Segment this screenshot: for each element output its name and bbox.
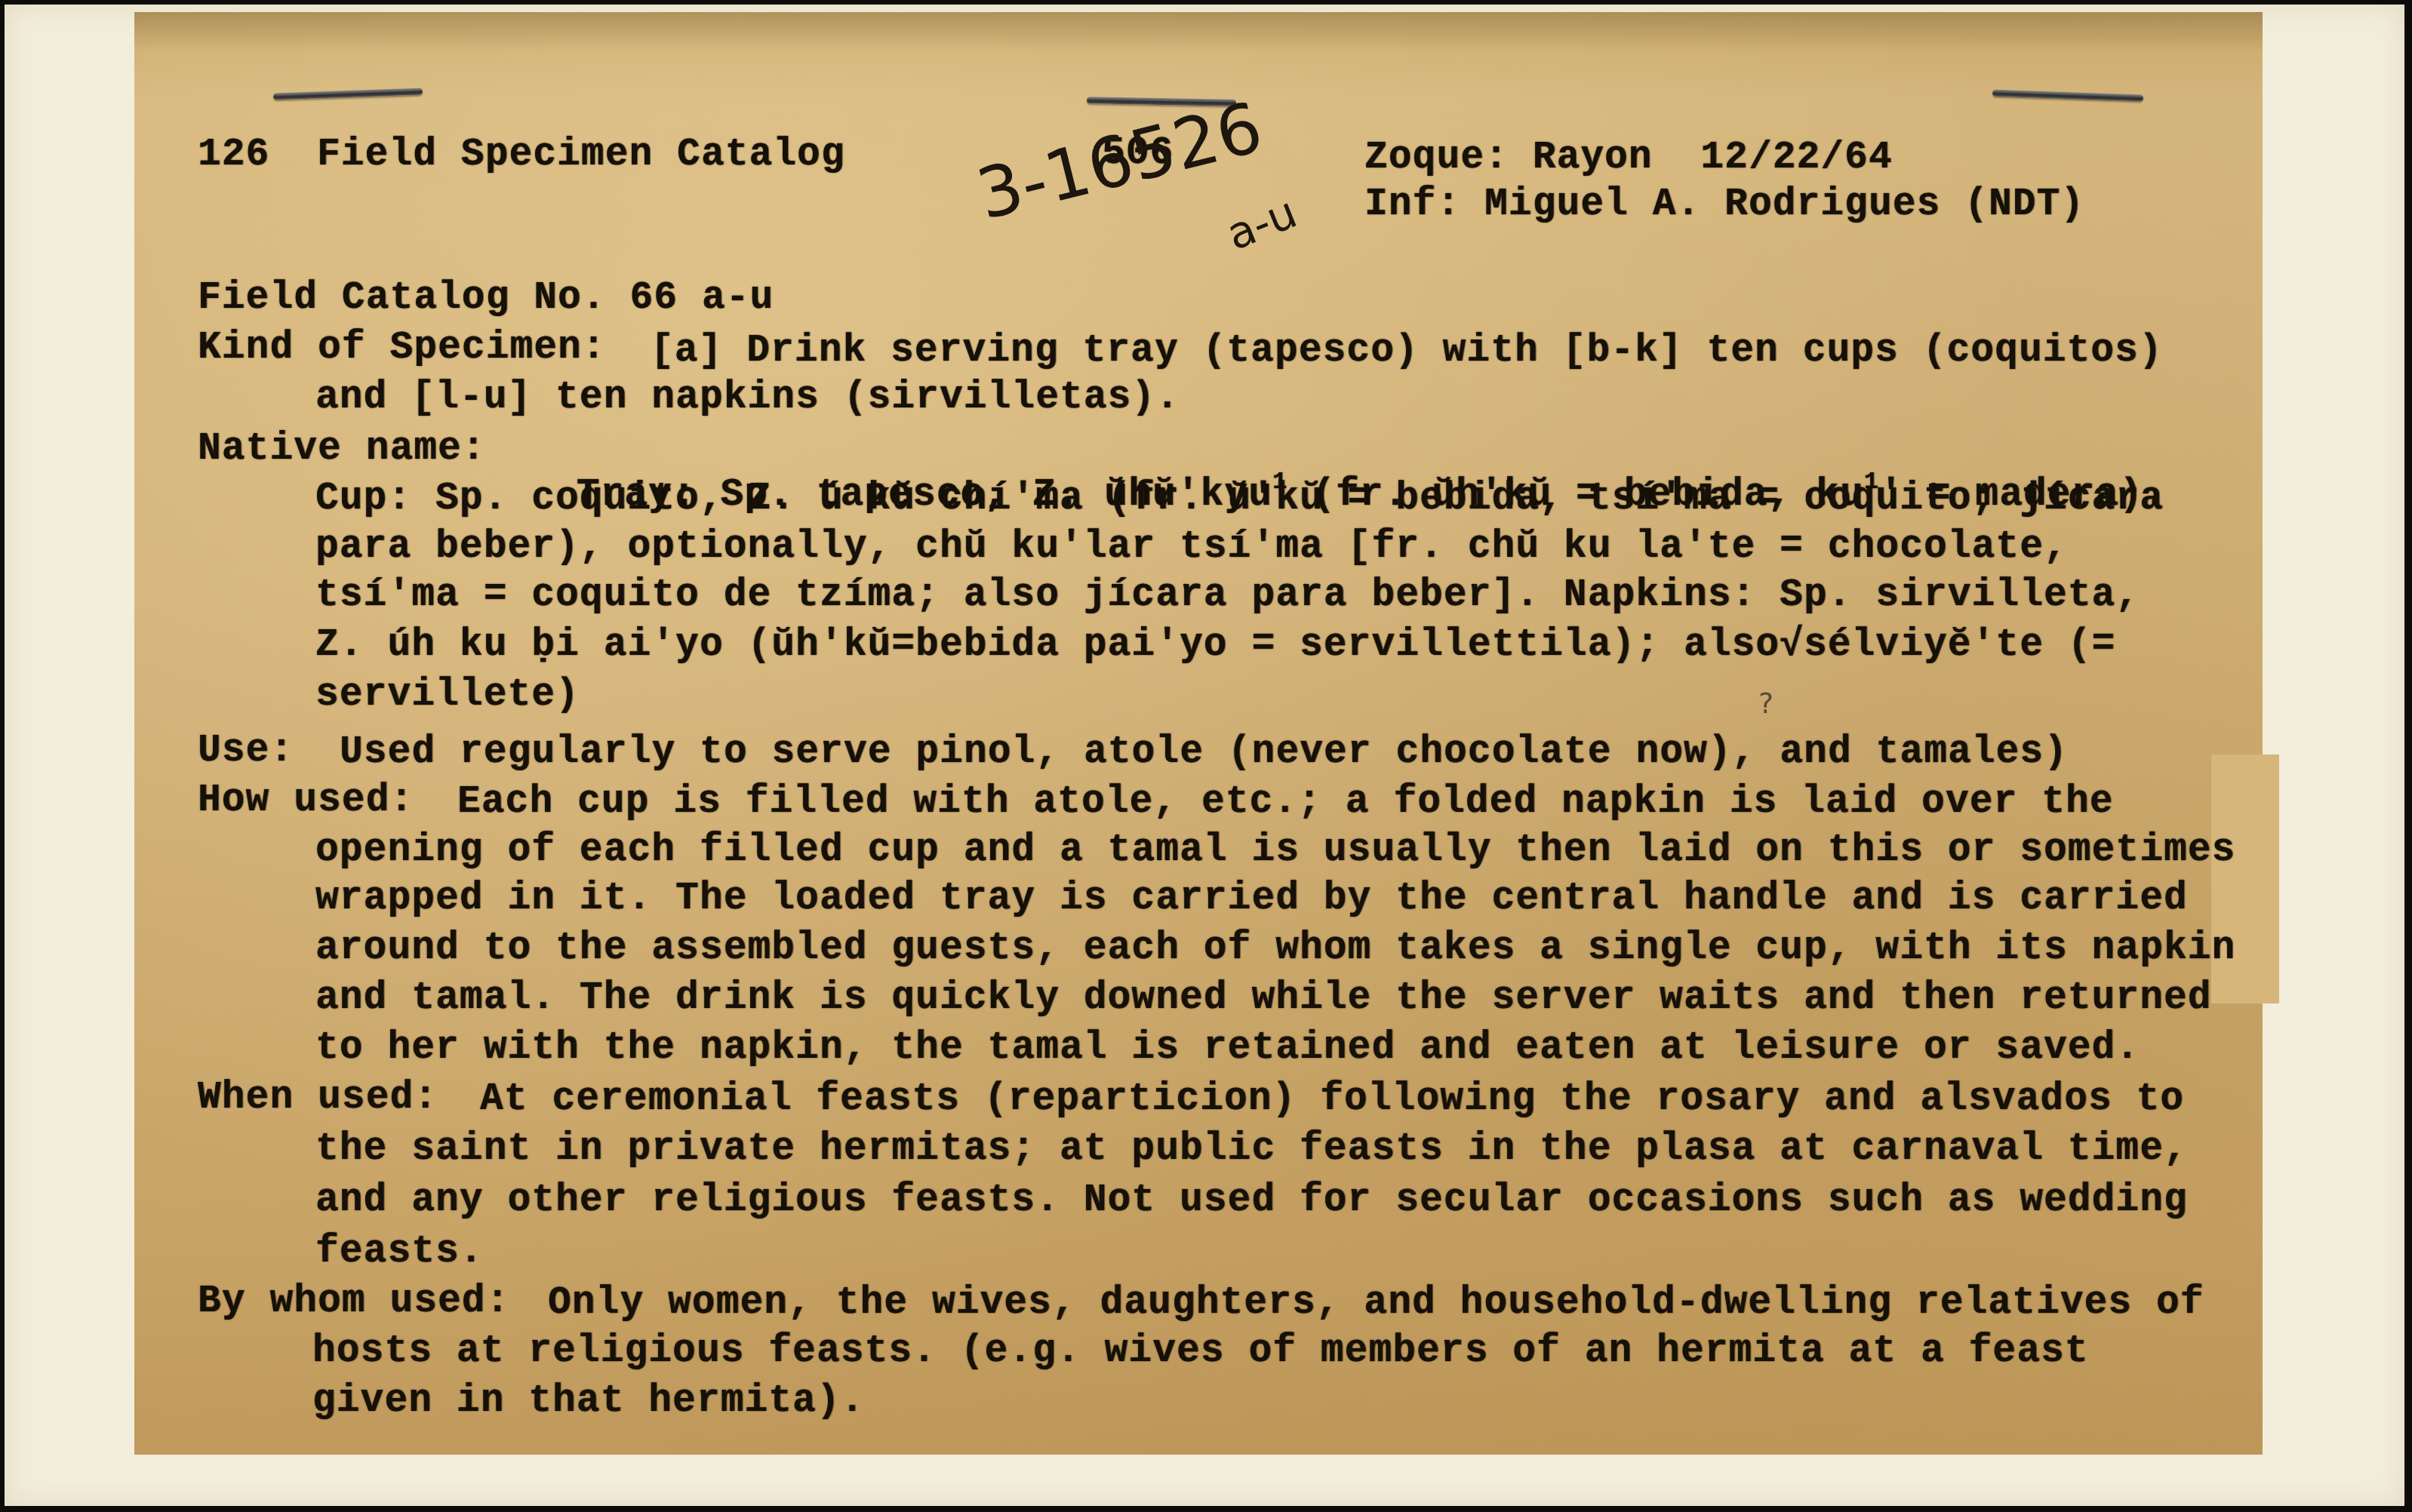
informant-line: Inf: Miguel A. Rodrigues (NDT)	[1364, 186, 2084, 224]
how-line-2: opening of each filled cup and a tamal i…	[315, 831, 2235, 870]
page-number: 126	[198, 136, 269, 174]
slip-top-shadow	[134, 12, 2263, 51]
native-line-4: tsí'ma = coquito de tzíma; also jícara p…	[315, 576, 2140, 615]
how-line-5: and tamal. The drink is quickly downed w…	[315, 979, 2212, 1018]
field-catalog-number: Field Catalog No. 66 a-u	[198, 279, 774, 318]
whom-line-3: given in that hermita).	[312, 1382, 865, 1421]
native-line-5: Z. úh ku ḅi ai'yo (ŭh'kŭ=bebida pai'yo =…	[315, 626, 2115, 665]
whom-line-2: hosts at religious feasts. (e.g. wives o…	[312, 1332, 2089, 1371]
kind-label: Kind of Specimen:	[198, 329, 606, 367]
group-location-date: Zoque: Rayon 12/22/64	[1364, 139, 1893, 177]
whom-line-1: Only women, the wives, daughters, and ho…	[548, 1284, 2204, 1323]
how-line-6: to her with the napkin, the tamal is ret…	[315, 1029, 2140, 1068]
use-label: Use:	[198, 732, 294, 770]
when-line-1: At ceremonial feasts (reparticion) follo…	[480, 1080, 2184, 1119]
native-line-3: para beber), optionally, chŭ ku'lar tsí'…	[315, 528, 2068, 567]
how-line-4: around to the assembled guests, each of …	[315, 930, 2235, 968]
kind-line-1: [a] Drink serving tray (tapesco) with [b…	[651, 332, 2163, 370]
native-label: Native name:	[198, 430, 486, 469]
margin-question-mark: ?	[1758, 687, 1774, 720]
how-line-1: Each cup is filled with atole, etc.; a f…	[457, 783, 2114, 822]
when-label: When used:	[198, 1079, 438, 1117]
native-line-2: Cup: Sp. coquito, Z. ú kŭ chí'ma (fr. ŭ'…	[315, 480, 2164, 518]
when-line-4: feasts.	[315, 1233, 484, 1271]
use-text: Used regularly to serve pinol, atole (ne…	[340, 733, 2068, 772]
how-label: How used:	[198, 782, 414, 820]
header-title: Field Specimen Catalog	[317, 136, 845, 174]
how-line-3: wrapped in it. The loaded tray is carrie…	[315, 880, 2188, 918]
native-line-6: servillete)	[315, 676, 580, 715]
when-line-3: and any other religious feasts. Not used…	[315, 1182, 2188, 1220]
when-line-2: the saint in private hermitas; at public…	[315, 1130, 2188, 1169]
kind-line-2: and [l-u] ten napkins (sirvilletas).	[315, 379, 1180, 417]
whom-label: By whom used:	[198, 1283, 509, 1321]
